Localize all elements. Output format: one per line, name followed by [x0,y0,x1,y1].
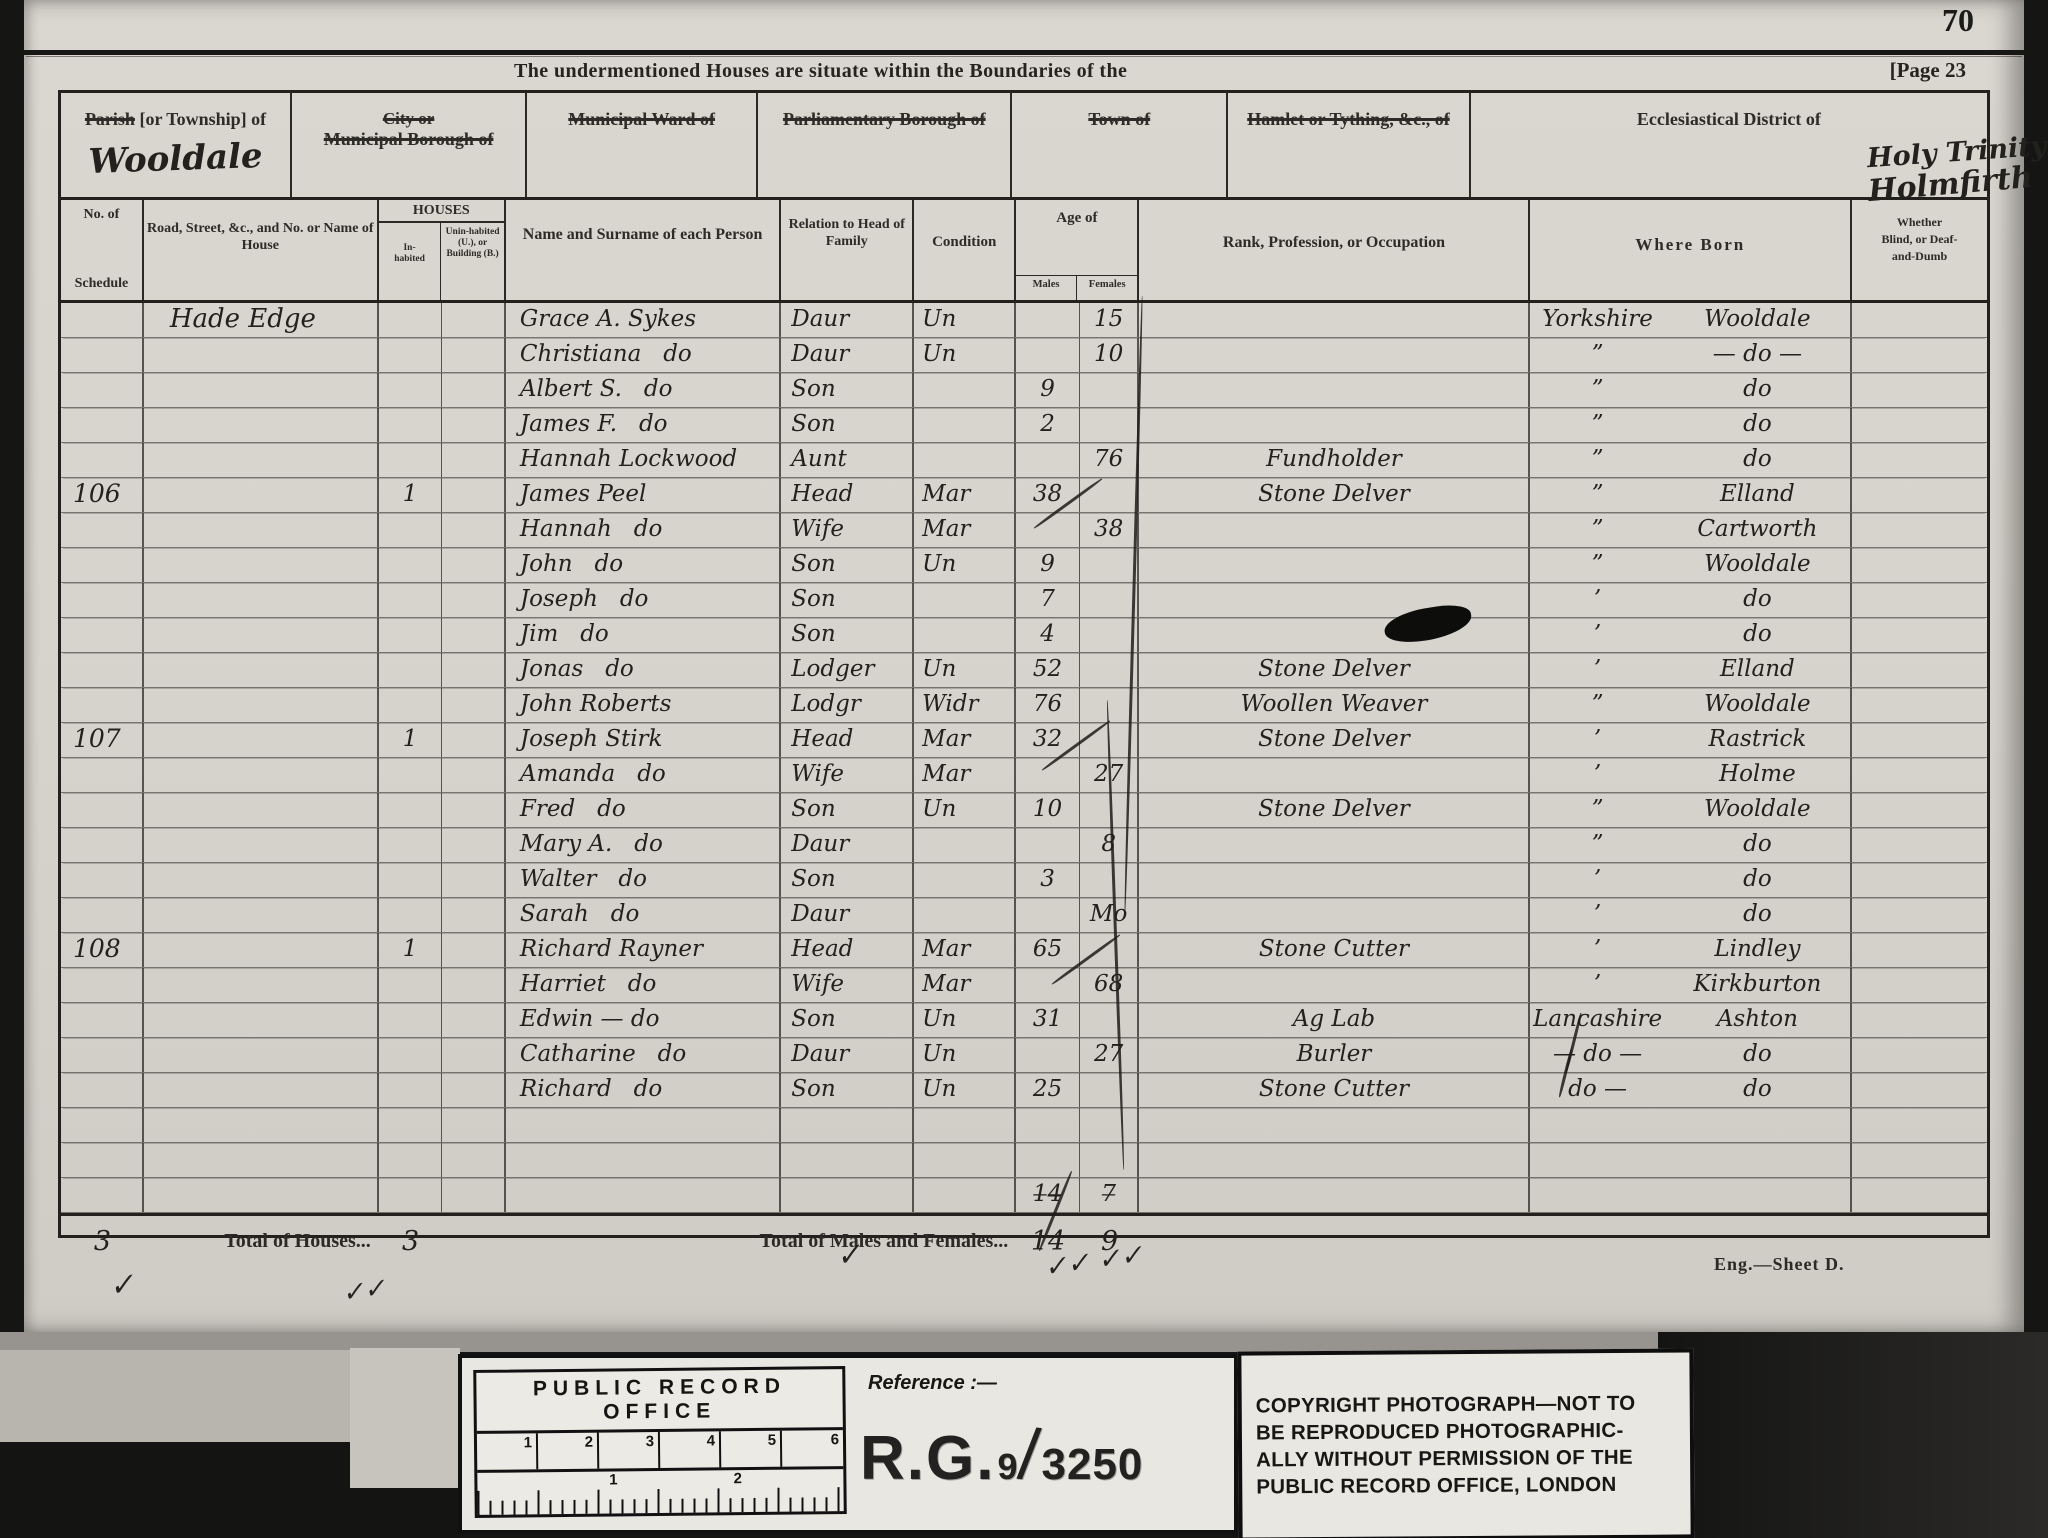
cell-condition: Mar [914,968,1016,1002]
pen-tick: ✓✓ [340,1273,387,1309]
column-houses-label: HOUSES [379,200,504,223]
totals-houses-label: Total of Houses... [144,1216,379,1266]
born-place: Wooldale [1665,548,1850,582]
cell-condition: Un [914,338,1016,372]
cell-uninhabited [442,1038,506,1072]
cell-inhabited [379,968,443,1002]
cell-relation: Wife [781,758,914,792]
cell-condition: Un [914,1073,1016,1107]
cell-condition [914,1108,1016,1142]
age-female-value: 27 [1080,1038,1138,1070]
born-place: Elland [1665,478,1850,512]
cell-inhabited [379,793,443,827]
born-place: do [1665,863,1850,897]
person-name: Amanda do [506,758,779,790]
cell-schedule [61,338,144,372]
cell-age-female: 68 [1080,968,1140,1002]
cell-born: ” Wooldale [1530,688,1852,722]
age-female-value: 68 [1080,968,1138,1000]
cell-schedule [61,303,144,337]
totals-persons-label: Total of Males and Females... [506,1216,1016,1266]
cell-age-male: 9 [1016,548,1080,582]
parish-value: Wooldale [60,135,290,183]
column-occupation: Rank, Profession, or Occupation [1139,200,1530,300]
cell-inhabited [379,583,443,617]
cell-road [144,478,379,512]
born-place: Rastrick [1665,723,1850,757]
cell-occupation [1139,898,1530,932]
ruler-inch-number: 4 [707,1432,716,1449]
column-name-label: Name and Surname of each Person [523,226,763,243]
cell-name: Fred do [506,793,781,827]
column-road: Road, Street, &c., and No. or Name of Ho… [144,200,379,300]
stamp-series: 9 [997,1446,1017,1488]
loc-cell-ward: Municipal Ward of [527,93,758,197]
cell-relation: Daur [781,338,914,372]
relation-value: Daur [781,1038,912,1070]
cell-age-female [1080,1073,1140,1107]
person-name: Albert S. do [506,373,779,405]
born-county: ’ [1530,723,1664,757]
cell-schedule [61,443,144,477]
cell-age-female: 7̶ [1080,1178,1140,1212]
cell-condition: Un [914,1038,1016,1072]
cell-road: Hade Edge [144,303,379,337]
cell-inhabited [379,653,443,687]
cell-condition [914,863,1016,897]
borough-label: Municipal Borough of [324,129,494,149]
cell-name: Jonas do [506,653,781,687]
person-name: Hannah do [506,513,779,545]
cell-name: James F. do [506,408,781,442]
cell-name: Grace A. Sykes [506,303,781,337]
condition-value: Un [914,338,1014,370]
cell-age-female [1080,373,1140,407]
pen-tick: ✓ [834,1236,864,1274]
cell-name: Albert S. do [506,373,781,407]
age-male-value: 52 [1016,653,1079,685]
born-place: do [1665,373,1850,407]
relation-value: Son [781,618,912,650]
cell-schedule [61,653,144,687]
column-relation: Relation to Head of Family [781,200,914,300]
cell-condition: Un [914,653,1016,687]
cell-age-female: Mo [1080,898,1140,932]
schedule-number: 106 [61,478,142,510]
cell-age-male: 25 [1016,1073,1080,1107]
totals-houses-label-text: Total of Houses... [144,1230,379,1253]
cell-age-male: 10 [1016,793,1080,827]
cell-blind [1852,583,1987,617]
condition-value: Un [914,303,1014,335]
relation-value: Wife [781,513,912,545]
cell-relation: Head [781,478,914,512]
cell-condition: Widr [914,688,1016,722]
cell-name [506,1108,781,1142]
born-county: ” [1530,828,1664,862]
town-label: Town of [1088,109,1150,129]
ruler-inches: 123456 [477,1430,843,1473]
cell-occupation: Ag Lab [1139,1003,1530,1037]
person-name: Joseph Stirk [506,723,779,755]
born-place: Cartworth [1665,513,1850,547]
cell-blind [1852,618,1987,652]
cell-blind [1852,653,1987,687]
cell-schedule [61,1178,144,1212]
cell-blind [1852,863,1987,897]
cell-born: ’ Rastrick [1530,723,1852,757]
cell-uninhabited [442,968,506,1002]
age-male-value: 9 [1016,548,1079,580]
cell-name: Edwin — do [506,1003,781,1037]
age-female-value: 7̶ [1080,1178,1138,1210]
cell-occupation [1139,338,1530,372]
cell-inhabited [379,1038,443,1072]
cell-uninhabited [442,1178,506,1212]
cell-blind [1852,1073,1987,1107]
age-male-value: 76 [1016,688,1079,720]
cell-condition: Un [914,303,1016,337]
cell-road [144,863,379,897]
cell-schedule [61,1143,144,1177]
sheet-label: Eng.—Sheet D. [1714,1254,1845,1275]
cell-blind [1852,373,1987,407]
cell-occupation: Fundholder [1139,443,1530,477]
cell-name: Mary A. do [506,828,781,862]
cell-occupation [1139,1178,1530,1212]
cell-schedule [61,618,144,652]
cell-inhabited: 1 [379,933,443,967]
table-row: John Roberts Lodgr Widr 76 Woollen Weave… [61,688,1987,723]
cell-occupation [1139,373,1530,407]
city-or-label: City or [292,109,525,129]
born-place [1665,1108,1850,1142]
column-condition-label: Condition [932,234,996,250]
cell-uninhabited [442,863,506,897]
occupation-value: Stone Cutter [1139,1073,1528,1105]
cell-road [144,443,379,477]
inhabited-value: 1 [379,478,442,510]
cell-age-male: 32 [1016,723,1080,757]
column-blind: Whether Blind, or Deaf- and-Dumb [1852,200,1987,300]
relation-value: Lodger [781,653,912,685]
table-row: Hannah Lockwood Aunt 76 Fundholder ” do [61,443,1987,478]
condition-value: Mar [914,513,1014,545]
page-title: The undermentioned Houses are situate wi… [514,60,1127,83]
column-schedule-line1: No. of [84,207,120,222]
cell-schedule [61,793,144,827]
cell-name: Christiana do [506,338,781,372]
cell-name: Hannah Lockwood [506,443,781,477]
cell-road [144,968,379,1002]
born-county [1530,1178,1664,1212]
cell-name: Joseph do [506,583,781,617]
cell-born: ’ Kirkburton [1530,968,1852,1002]
column-males: Males [1016,276,1077,300]
cell-uninhabited [442,1143,506,1177]
cell-schedule [61,583,144,617]
relation-value: Son [781,408,912,440]
reference-stamp: R.G. 9 / 3250 [860,1414,1143,1496]
occupation-value: Stone Delver [1139,723,1528,755]
census-page: 70 The undermentioned Houses are situate… [24,0,2024,1332]
cell-uninhabited [442,548,506,582]
parish-struck-label: Parish [85,109,135,129]
condition-value: Un [914,1073,1014,1105]
cell-road [144,1178,379,1212]
totals-houses-value: 3 [379,1216,443,1266]
age-female-value: 76 [1080,443,1138,475]
cell-uninhabited [442,828,506,862]
totals-houses-written-value: 3 [61,1226,144,1257]
column-blind-line2: Blind, or Deaf- [1881,232,1957,246]
reference-area: Reference :— R.G. 9 / 3250 [846,1358,1234,1530]
born-place: Elland [1665,653,1850,687]
cell-age-male: 38 [1016,478,1080,512]
loc-cell-parish: Parish [or Township] of Wooldale [61,93,292,197]
column-occupation-label: Rank, Profession, or Occupation [1223,234,1445,251]
occupation-value: Stone Delver [1139,478,1528,510]
age-male-value: 31 [1016,1003,1079,1035]
cell-inhabited: 1 [379,478,443,512]
relation-value: Wife [781,758,912,790]
cell-relation: Head [781,723,914,757]
scan-corner [1658,1332,2048,1538]
born-county: ” [1530,513,1664,547]
born-county: ’ [1530,618,1664,652]
relation-value: Son [781,1003,912,1035]
cell-inhabited [379,1178,443,1212]
born-county: ’ [1530,583,1664,617]
age-male-value: 2 [1016,408,1079,440]
cell-schedule [61,408,144,442]
cell-condition: Mar [914,758,1016,792]
cell-occupation: Stone Cutter [1139,1073,1530,1107]
cell-age-male: 7 [1016,583,1080,617]
cell-blind [1852,1108,1987,1142]
cell-name [506,1143,781,1177]
loc-cell-hamlet: Hamlet or Tything, &c., of [1228,93,1471,197]
cell-blind [1852,828,1987,862]
cell-inhabited [379,1108,443,1142]
ruler-inch-number: 5 [768,1432,777,1449]
cell-road [144,618,379,652]
copyright-line: PUBLIC RECORD OFFICE, LONDON [1256,1471,1676,1501]
table-row: Jim do Son 4 ’ do [61,618,1987,653]
person-name: John do [506,548,779,580]
relation-value: Son [781,583,912,615]
totals-empty [1139,1216,1986,1266]
cell-road [144,373,379,407]
cell-age-male: 3 [1016,863,1080,897]
person-name: Christiana do [506,338,779,370]
column-name: Name and Surname of each Person [506,200,781,300]
cell-born: ” do [1530,408,1852,442]
cell-inhabited: 1 [379,723,443,757]
cell-road [144,1038,379,1072]
age-female-value: 38 [1080,513,1138,545]
cell-inhabited [379,758,443,792]
cell-road [144,1003,379,1037]
condition-value: Mar [914,723,1014,755]
cell-age-male: 31 [1016,1003,1080,1037]
cell-uninhabited [442,933,506,967]
cell-occupation [1139,583,1530,617]
copyright-line: COPYRIGHT PHOTOGRAPH—NOT TO [1256,1390,1676,1420]
cell-name [506,1178,781,1212]
relation-value: Son [781,548,912,580]
cell-schedule [61,828,144,862]
cell-condition [914,408,1016,442]
cell-road [144,793,379,827]
cell-relation: Daur [781,1038,914,1072]
cell-born: ’ Elland [1530,653,1852,687]
cell-road [144,583,379,617]
cell-uninhabited [442,1108,506,1142]
cell-relation [781,1108,914,1142]
cell-uninhabited [442,758,506,792]
ruler-inch-cell: 2 [538,1433,599,1470]
cell-schedule [61,1073,144,1107]
table-header: No. of Schedule Road, Street, &c., and N… [61,200,1987,303]
person-name: Grace A. Sykes [506,303,779,335]
occupation-value: Woollen Weaver [1139,688,1528,720]
cell-blind [1852,513,1987,547]
person-name: Jim do [506,618,779,650]
born-place [1665,1143,1850,1177]
table-row: Christiana do Daur Un 10 ” — do — [61,338,1987,373]
age-male-value: 38 [1016,478,1079,510]
cell-road [144,898,379,932]
cell-age-female [1080,933,1140,967]
column-schedule: No. of Schedule [61,200,144,300]
cell-inhabited [379,303,443,337]
column-born: Where Born [1530,200,1852,300]
table-row: Sarah do Daur Mo ’ do [61,898,1987,933]
person-name: Hannah Lockwood [506,443,779,475]
cell-born: ” — do — [1530,338,1852,372]
stamp-piece: 3250 [1042,1440,1144,1490]
cell-condition [914,443,1016,477]
stamp-slash: / [1015,1413,1043,1497]
table-body: Hade Edge Grace A. Sykes Daur Un 15 York… [61,303,1987,1213]
cell-condition: Un [914,548,1016,582]
cell-uninhabited [442,513,506,547]
cell-schedule [61,898,144,932]
condition-value: Widr [914,688,1014,720]
cell-road [144,828,379,862]
age-male-value: 7 [1016,583,1079,615]
hamlet-label: Hamlet or Tything, &c., of [1247,109,1449,129]
cell-blind [1852,303,1987,337]
age-female-value: 8 [1080,828,1138,860]
born-place: do [1665,583,1850,617]
cell-relation: Son [781,408,914,442]
schedule-number: 108 [61,933,142,965]
born-place: Kirkburton [1665,968,1850,1002]
cell-relation: Son [781,1073,914,1107]
cell-uninhabited [442,688,506,722]
cell-inhabited [379,618,443,652]
born-county: ’ [1530,933,1664,967]
column-uninhabited-label: Unin-habited (U.), or Building (B.) [446,227,500,259]
table-row: Hannah do Wife Mar 38 ” Cartworth [61,513,1987,548]
column-females: Females [1077,276,1138,300]
cell-uninhabited [442,478,506,512]
cell-occupation [1139,618,1530,652]
table-row: Catharine do Daur Un 27 Burler — do — do [61,1038,1987,1073]
cell-blind [1852,478,1987,512]
cell-name: Richard do [506,1073,781,1107]
cell-age-female: 10 [1080,338,1140,372]
cell-road [144,723,379,757]
cell-relation: Aunt [781,443,914,477]
person-name: Fred do [506,793,779,825]
cell-condition [914,1143,1016,1177]
born-place: do [1665,618,1850,652]
condition-value: Un [914,793,1014,825]
cell-condition [914,1178,1016,1212]
born-county: ’ [1530,968,1664,1002]
table-row: Walter do Son 3 ’ do [61,863,1987,898]
cell-schedule: 107 [61,723,144,757]
cell-road [144,548,379,582]
cell-occupation [1139,513,1530,547]
column-inhabited-line2: habited [394,254,425,264]
cell-road [144,408,379,442]
totals-row: 3 Total of Houses... 3 Total of Males an… [61,1213,1987,1266]
person-name: Harriet do [506,968,779,1000]
cell-age-female [1080,863,1140,897]
born-county [1530,1108,1664,1142]
person-name: Sarah do [506,898,779,930]
cell-age-male: 65 [1016,933,1080,967]
cell-name: John Roberts [506,688,781,722]
cell-schedule [61,373,144,407]
born-place [1665,1178,1850,1212]
cell-name: Jim do [506,618,781,652]
table-row [61,1108,1987,1143]
column-blind-line1: Whether [1897,215,1942,229]
column-houses-group: HOUSES In- habited Unin-habited (U.), or… [379,200,506,300]
cell-blind [1852,898,1987,932]
condition-value: Mar [914,968,1014,1000]
ruler-lower-number: 1 [609,1471,618,1488]
condition-value: Un [914,1038,1014,1070]
cell-inhabited [379,408,443,442]
cell-born: ” Cartworth [1530,513,1852,547]
cell-inhabited [379,1143,443,1177]
cell-blind [1852,1178,1987,1212]
cell-occupation: Stone Delver [1139,793,1530,827]
born-county: — do — [1530,1038,1664,1072]
cell-schedule [61,1003,144,1037]
cell-condition: Mar [914,513,1016,547]
ruler-inch-number: 2 [585,1434,594,1451]
cell-condition: Un [914,793,1016,827]
cell-name: Amanda do [506,758,781,792]
cell-inhabited [379,513,443,547]
cell-road [144,933,379,967]
column-road-label: Road, Street, &c., and No. or Name of Ho… [147,221,374,253]
cell-occupation [1139,1143,1530,1177]
table-row: James F. do Son 2 ” do [61,408,1987,443]
cell-born: ’ Lindley [1530,933,1852,967]
cell-born: ’ Holme [1530,758,1852,792]
cell-inhabited [379,373,443,407]
cell-occupation [1139,548,1530,582]
cell-schedule: 106 [61,478,144,512]
